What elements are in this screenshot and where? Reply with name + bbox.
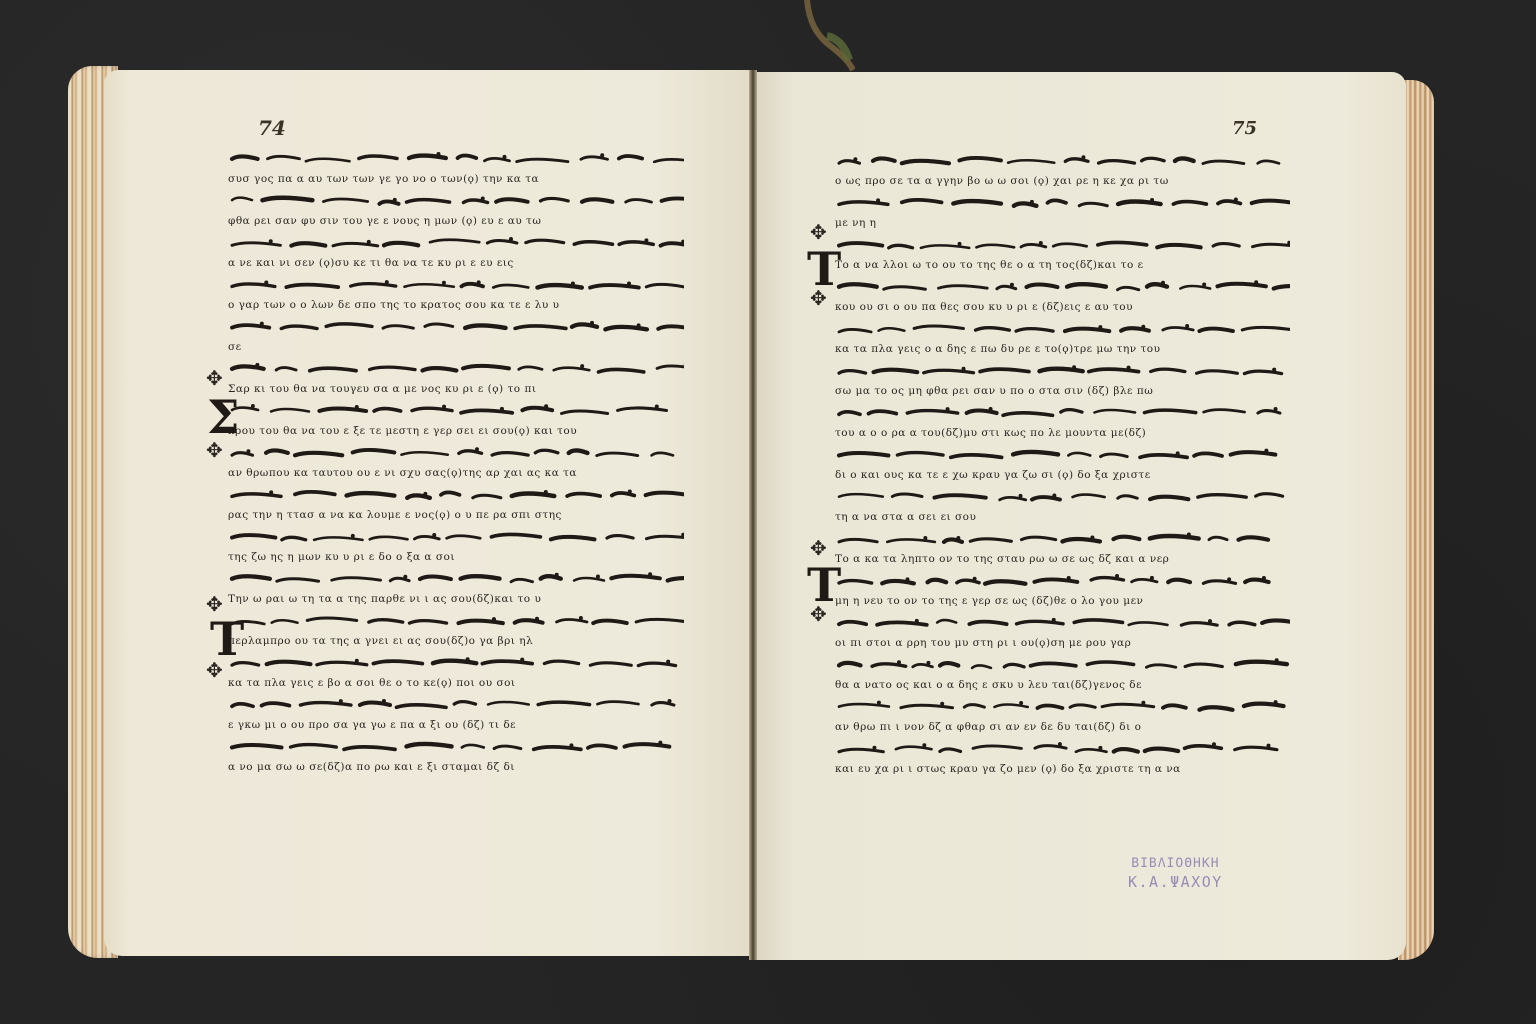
neume-notation [835,738,1290,758]
neume-notation [835,444,1290,464]
neume-row [228,190,684,210]
lyric-line: σω μα το ος μη φθα ρει σαν υ πο ο στα σι… [835,380,1290,402]
lyric-line: του α ο ο ρα α του(δζ)μυ στι κως πο λε μ… [835,422,1290,444]
neume-notation [835,318,1290,338]
lyric-line: ρας την η ττασ α να κα λουμε ε νος(ϙ) ο … [228,504,684,526]
lyric-line: με νη η [835,212,1290,234]
neume-row [835,654,1290,674]
lyric-line: θα α νατο ος και ο α δης ε σκυ υ λευ ται… [835,674,1290,696]
neume-row [835,612,1290,632]
neume-row [228,568,684,588]
neume-row [228,400,684,420]
drop-cap-initial: Τ [210,616,244,662]
cross-ornament-icon: ✥ [810,538,827,558]
neume-notation [835,612,1290,632]
neume-row [835,696,1290,716]
neume-row [835,150,1290,170]
neume-row [228,526,684,546]
cross-ornament-icon: ✥ [810,222,827,242]
neume-notation [228,652,684,672]
lyric-line: Το α κα τα ληπτο ον το της σταυ ρω ω σε … [835,548,1290,570]
neume-notation [835,150,1290,170]
lyric-line: περλαμπρο ου τα της α γνει ει ας σου(δζ)… [228,630,684,652]
lyric-line: Το α να λλοι ω το ου το της θε ο α τη το… [835,254,1290,276]
lyric-line: της ζω ης η μων κυ υ ρι ε δο ο ξα α σοι [228,546,684,568]
right-page-number: 75 [1232,118,1257,139]
stamp-line-2: Κ.Α.ΨΑΧΟΥ [1128,873,1223,891]
bookmark-thread [745,0,855,72]
neume-notation [835,402,1290,422]
drop-cap-initial: Σ [207,394,240,440]
cross-ornament-icon: ✥ [206,594,223,614]
neume-notation [835,570,1290,590]
lyric-line: κα τα πλα γεις ε βο α σοι θε ο το κε(ϙ) … [228,672,684,694]
cross-ornament-icon: ✥ [810,288,827,308]
neume-notation [228,694,684,714]
lyric-line: ο ως προ σε τα α γγην βο ω ω σοι (ϙ) χαι… [835,170,1290,192]
neume-notation [835,528,1290,548]
neume-row [835,192,1290,212]
right-music-block: ο ως προ σε τα α γγην βο ω ω σοι (ϙ) χαι… [835,150,1290,780]
lyric-line: οι πι στοι α ρρη του μυ στη ρι ι ου(ϙ)ση… [835,632,1290,654]
neume-row [228,442,684,462]
lyric-line: Σαρ κι του θα να τουγευ σα α με νος κυ ρ… [228,378,684,400]
neume-row [835,738,1290,758]
cross-ornament-icon: ✥ [206,660,223,680]
neume-notation [835,486,1290,506]
neume-row [835,528,1290,548]
neume-notation [228,568,684,588]
lyric-line: α νε και νι σεν (ϙ)συ κε τι θα να τε κυ … [228,252,684,274]
neume-notation [228,736,684,756]
neume-row [228,652,684,672]
lyric-line: τη α να στα α σει ει σου [835,506,1290,528]
neume-notation [835,654,1290,674]
neume-notation [228,358,684,378]
neume-row [835,570,1290,590]
neume-row [228,694,684,714]
neume-notation [228,148,684,168]
neume-notation [835,192,1290,212]
neume-row [835,444,1290,464]
cross-ornament-icon: ✥ [810,604,827,624]
neume-row [228,484,684,504]
neume-row [835,402,1290,422]
neume-row [228,610,684,630]
book-gutter [749,70,757,960]
neume-row [835,360,1290,380]
neume-row [835,234,1290,254]
neume-notation [835,276,1290,296]
neume-notation [228,274,684,294]
neume-row [228,148,684,168]
neume-notation [228,484,684,504]
neume-notation [228,400,684,420]
lyric-line: κα τα πλα γεις ο α δης ε πω δυ ρε ε το(ϙ… [835,338,1290,360]
left-page-number: 74 [258,116,286,140]
stamp-line-1: ΒΙΒΛΙΟΘΗΚΗ [1128,856,1223,871]
lyric-line: συσ γος πα α αυ των των γε γο νο ο των(ϙ… [228,168,684,190]
neume-notation [228,442,684,462]
neume-row [835,276,1290,296]
lyric-line: αν θρωπου κα ταυτου ου ε νι σχυ σας(ϙ)τη… [228,462,684,484]
neume-notation [835,360,1290,380]
neume-notation [228,190,684,210]
lyric-line: δι ο και ους κα τε ε χω κραυ γα ζω σι (ϙ… [835,464,1290,486]
lyric-line: και ευ χα ρι ι στως κραυ γα ζο μεν (ϙ) δ… [835,758,1290,780]
lyric-line: μη η νευ το ον το της ε γερ σε ως (δζ)θε… [835,590,1290,612]
cross-ornament-icon: ✥ [206,368,223,388]
lyric-line: κρου του θα να του ε ξε τε μεστη ε γερ σ… [228,420,684,442]
neume-notation [228,232,684,252]
neume-row [228,232,684,252]
library-stamp: ΒΙΒΛΙΟΘΗΚΗ Κ.Α.ΨΑΧΟΥ [1128,856,1223,891]
neume-row [228,274,684,294]
left-music-block: συσ γος πα α αυ των των γε γο νο ο των(ϙ… [228,148,684,778]
neume-row [228,316,684,336]
lyric-line: ε γκω μι ο ου προ σα γα γω ε πα α ξι ου … [228,714,684,736]
neume-notation [835,696,1290,716]
neume-row [228,736,684,756]
cross-ornament-icon: ✥ [206,440,223,460]
lyric-line: ο γαρ των ο ο λων δε σπο της το κρατος σ… [228,294,684,316]
neume-notation [228,526,684,546]
lyric-line: αν θρω πι ι νον δζ α φθαρ σι αν εν δε δυ… [835,716,1290,738]
lyric-line: α νο μα σω ω σε(δζ)α πο ρω και ε ξι σταμ… [228,756,684,778]
neume-notation [228,316,684,336]
neume-row [228,358,684,378]
lyric-line: σε [228,336,684,358]
neume-row [835,318,1290,338]
lyric-line: κου ου σι ο ου πα θες σου κυ υ ρι ε (δζ)… [835,296,1290,318]
lyric-line: Την ω ραι ω τη τα α της παρθε νι ι ας σο… [228,588,684,610]
lyric-line: φθα ρει σαν φυ σιν του γε ε νους η μων (… [228,210,684,232]
neume-notation [835,234,1290,254]
neume-notation [228,610,684,630]
neume-row [835,486,1290,506]
